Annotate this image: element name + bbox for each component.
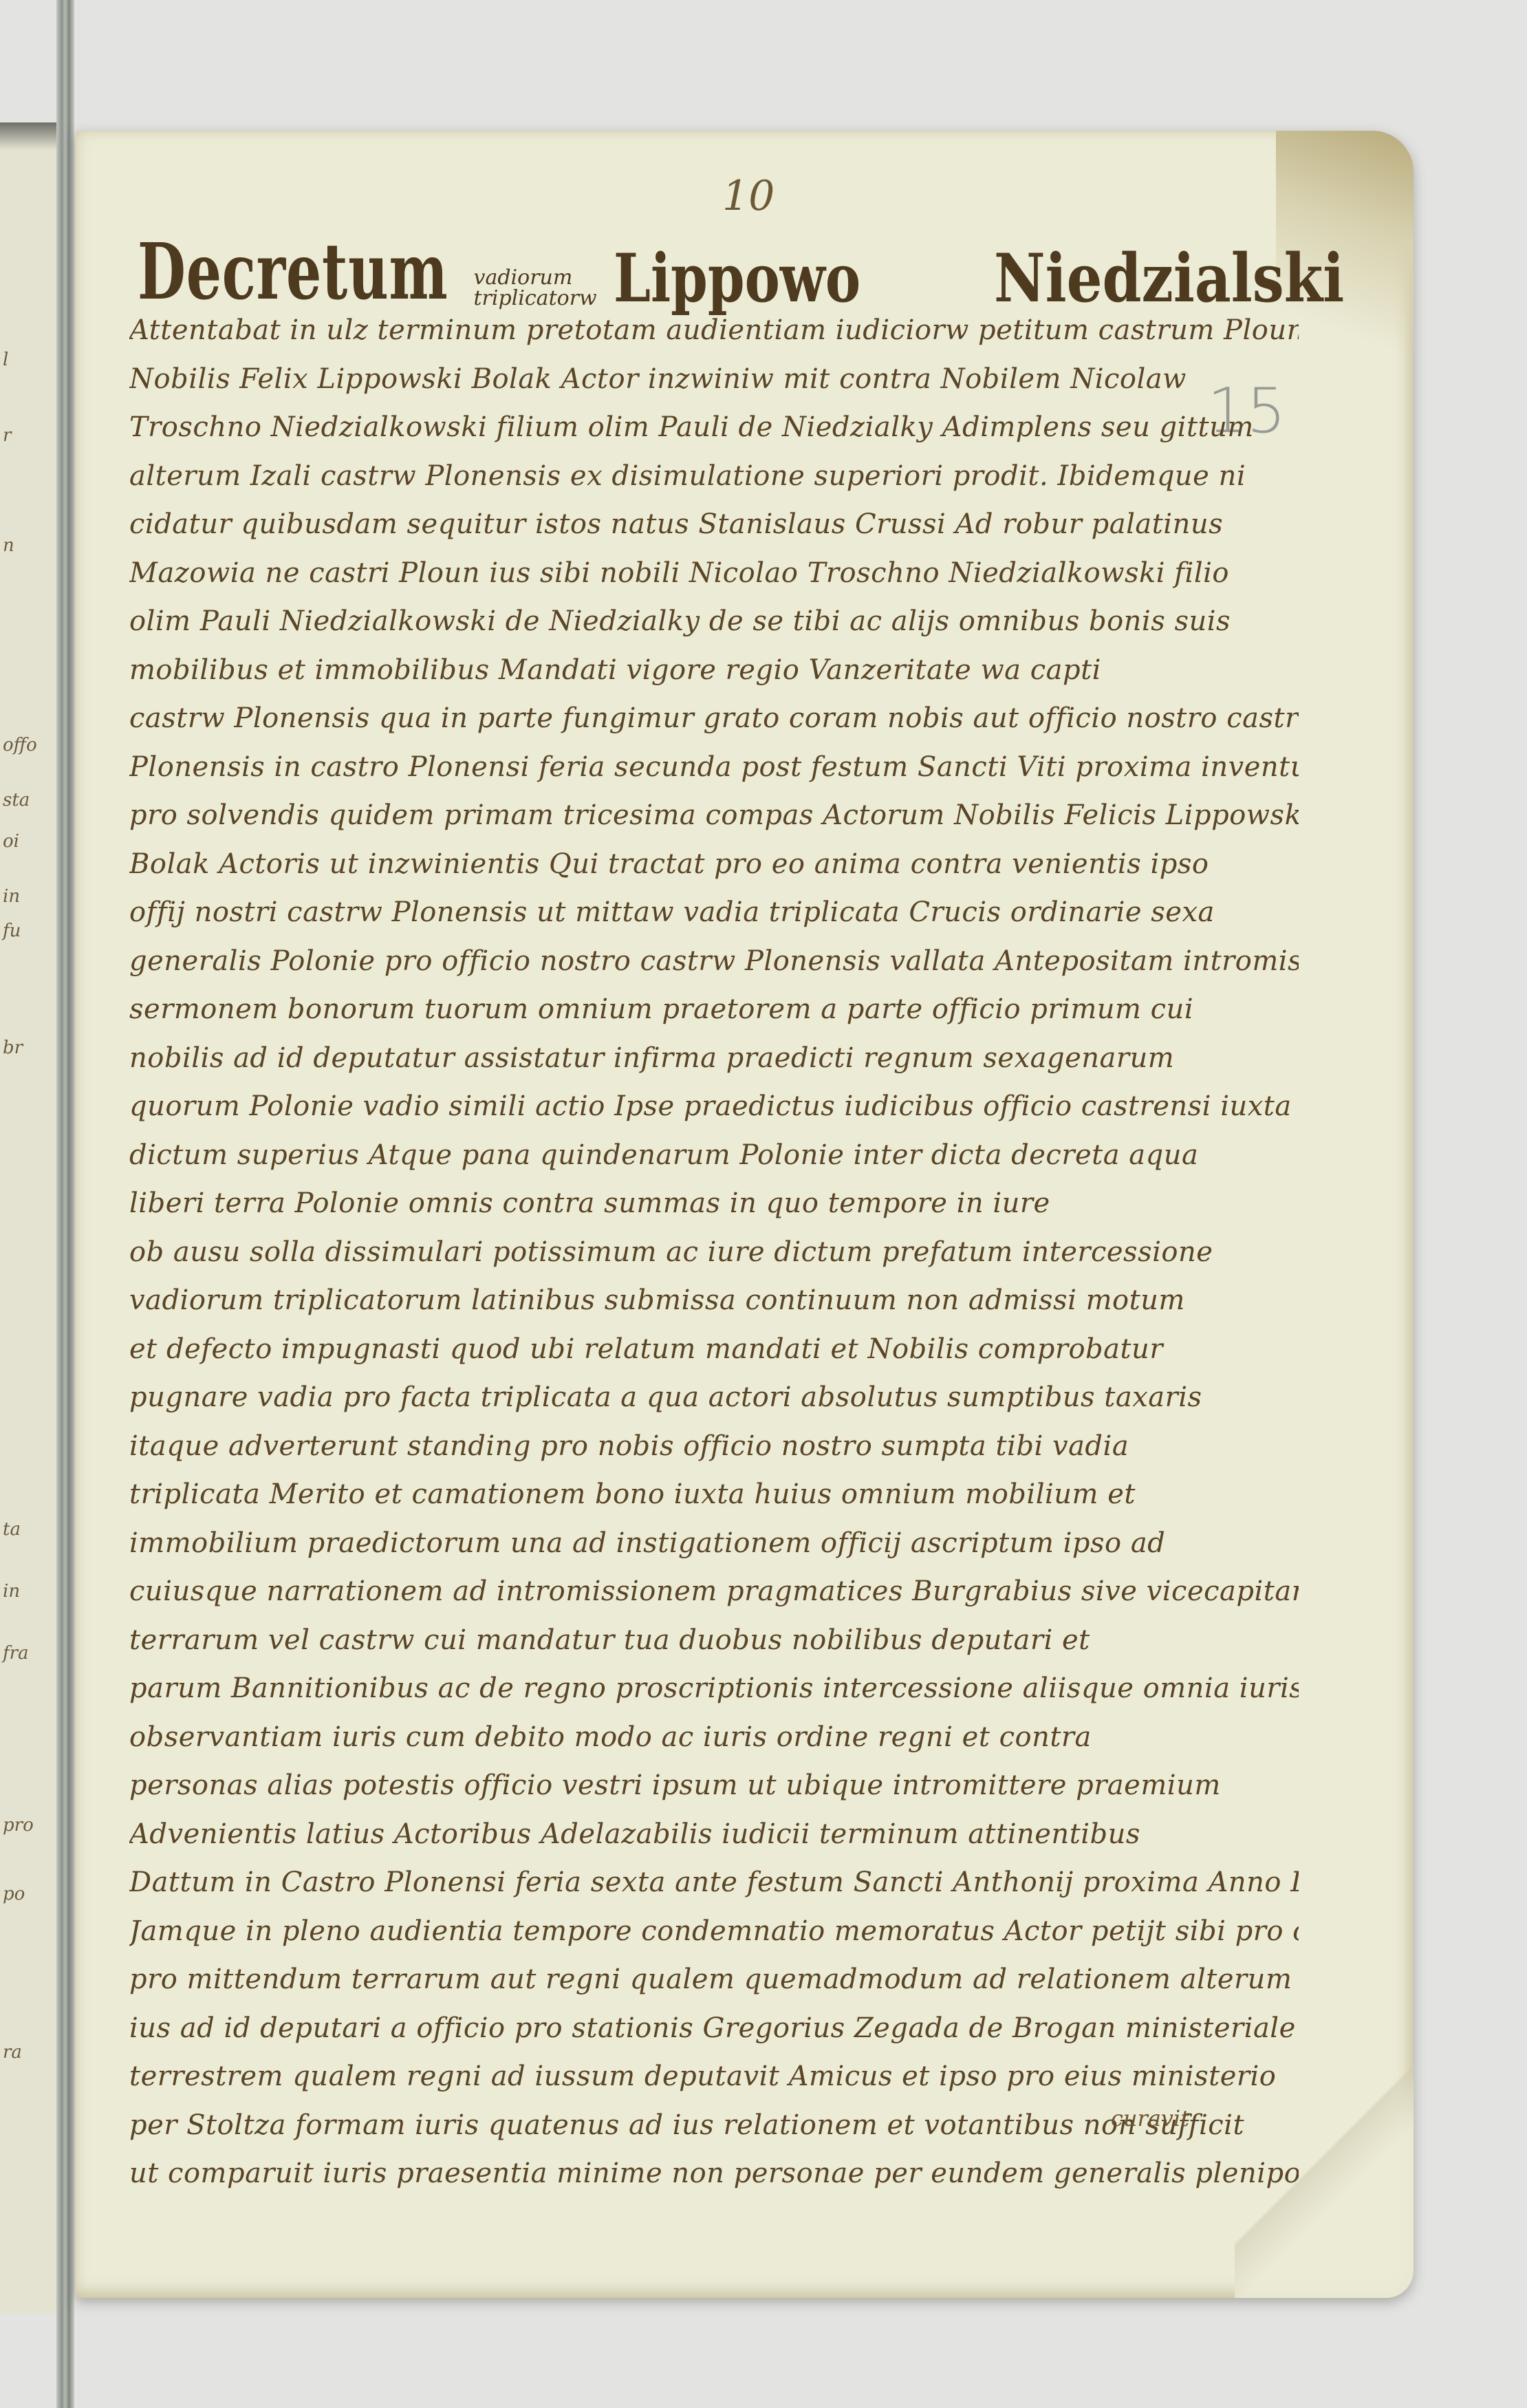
margin-note: br bbox=[3, 1038, 23, 1058]
binding-gutter bbox=[56, 0, 74, 2408]
margin-note: l bbox=[3, 350, 8, 370]
text-line: triplicata Merito et camationem bono iux… bbox=[129, 1470, 1299, 1519]
adjacent-left-leaf: l r n offo sta oi in fu br ta in fra pro… bbox=[0, 122, 57, 2314]
margin-note: po bbox=[3, 1884, 25, 1904]
text-line: terrarum vel castrw cui mandatur tua duo… bbox=[129, 1616, 1299, 1665]
heading-decretum: Decretum bbox=[138, 227, 448, 317]
text-line: ius ad id deputari a officio pro station… bbox=[129, 2004, 1299, 2053]
margin-note: pro bbox=[3, 1815, 34, 1836]
text-line: pro mittendum terrarum aut regni qualem … bbox=[129, 1955, 1299, 2004]
text-line: cidatur quibusdam sequitur istos natus S… bbox=[129, 500, 1299, 549]
text-line: Advenientis latius Actoribus Adelazabili… bbox=[129, 1810, 1299, 1859]
text-line: observantiam iuris cum debito modo ac iu… bbox=[129, 1713, 1299, 1762]
margin-note: in bbox=[3, 886, 20, 907]
text-line: castrw Plonensis qua in parte fungimur g… bbox=[129, 694, 1299, 743]
text-line: Troschno Niedzialkowski filium olim Paul… bbox=[129, 403, 1299, 452]
text-line: cuiusque narrationem ad intromissionem p… bbox=[129, 1567, 1299, 1616]
folio-number: 10 bbox=[722, 172, 775, 220]
closing-word: curavit bbox=[1111, 2105, 1189, 2131]
manuscript-body: Attentabat in ulz terminum pretotam audi… bbox=[129, 306, 1299, 2198]
margin-note: fu bbox=[3, 921, 21, 941]
text-line: nobilis ad id deputatur assistatur infir… bbox=[129, 1034, 1299, 1083]
margin-note: oi bbox=[3, 831, 19, 852]
text-line: Jamque in pleno audientia tempore condem… bbox=[129, 1907, 1299, 1956]
text-line: mobilibus et immobilibus Mandati vigore … bbox=[129, 646, 1299, 695]
left-leaf-margin-notes: l r n offo sta oi in fu br ta in fra pro… bbox=[0, 350, 55, 2408]
text-line: Attentabat in ulz terminum pretotam audi… bbox=[129, 306, 1299, 355]
page-heading: Decretum vadiorum triplicatorw Lippowo N… bbox=[138, 227, 1406, 317]
text-line: quorum Polonie vadio simili actio Ipse p… bbox=[129, 1082, 1299, 1131]
text-line: personas alias potestis officio vestri i… bbox=[129, 1761, 1299, 1810]
text-line: immobilium praedictorum una ad instigati… bbox=[129, 1519, 1299, 1568]
text-line: Nobilis Felix Lippowski Bolak Actor inzw… bbox=[129, 355, 1299, 404]
text-line-date: Dattum in Castro Plonensi feria sexta an… bbox=[129, 1858, 1299, 1907]
heading-subtitle: vadiorum triplicatorw bbox=[474, 268, 597, 309]
text-line: dictum superius Atque pana quindenarum P… bbox=[129, 1131, 1299, 1180]
text-line: Bolak Actoris ut inzwinientis Qui tracta… bbox=[129, 840, 1299, 889]
margin-note: in bbox=[3, 1581, 20, 1602]
margin-note: offo bbox=[3, 735, 37, 755]
text-line: pugnare vadia pro facta triplicata a qua… bbox=[129, 1373, 1299, 1422]
text-line: ut comparuit iuris praesentia minime non… bbox=[129, 2149, 1299, 2198]
text-line: alterum Izali castrw Plonensis ex disimu… bbox=[129, 452, 1299, 501]
text-line: liberi terra Polonie omnis contra summas… bbox=[129, 1179, 1299, 1228]
text-line: generalis Polonie pro officio nostro cas… bbox=[129, 937, 1299, 986]
margin-note: fra bbox=[3, 1643, 29, 1664]
text-line: sermonem bonorum tuorum omnium praetorem… bbox=[129, 985, 1299, 1034]
text-line: pro solvendis quidem primam tricesima co… bbox=[129, 791, 1299, 840]
text-line: parum Bannitionibus ac de regno proscrip… bbox=[129, 1664, 1299, 1713]
heading-sub-line1: vadiorum bbox=[474, 268, 597, 288]
margin-note: sta bbox=[3, 790, 30, 810]
text-line: vadiorum triplicatorum latinibus submiss… bbox=[129, 1276, 1299, 1325]
text-line: Plonensis in castro Plonensi feria secun… bbox=[129, 743, 1299, 792]
text-line: Mazowia ne castri Ploun ius sibi nobili … bbox=[129, 549, 1299, 598]
text-line: et defecto impugnasti quod ubi relatum m… bbox=[129, 1325, 1299, 1374]
margin-note: ra bbox=[3, 2042, 22, 2063]
text-line: terrestrem qualem regni ad iussum deputa… bbox=[129, 2052, 1299, 2101]
margin-note: ta bbox=[3, 1519, 21, 1540]
margin-note: n bbox=[3, 535, 14, 556]
manuscript-page: 10 15 Decretum vadiorum triplicatorw Lip… bbox=[76, 131, 1414, 2298]
text-line: offij nostri castrw Plonensis ut mittaw … bbox=[129, 888, 1299, 937]
text-line: itaque adverterunt standing pro nobis of… bbox=[129, 1422, 1299, 1471]
leaf-top-shadow bbox=[0, 122, 56, 150]
text-line: ob ausu solla dissimulari potissimum ac … bbox=[129, 1228, 1299, 1277]
text-line: olim Pauli Niedzialkowski de Niedzialky … bbox=[129, 597, 1299, 646]
margin-note: r bbox=[3, 425, 11, 446]
